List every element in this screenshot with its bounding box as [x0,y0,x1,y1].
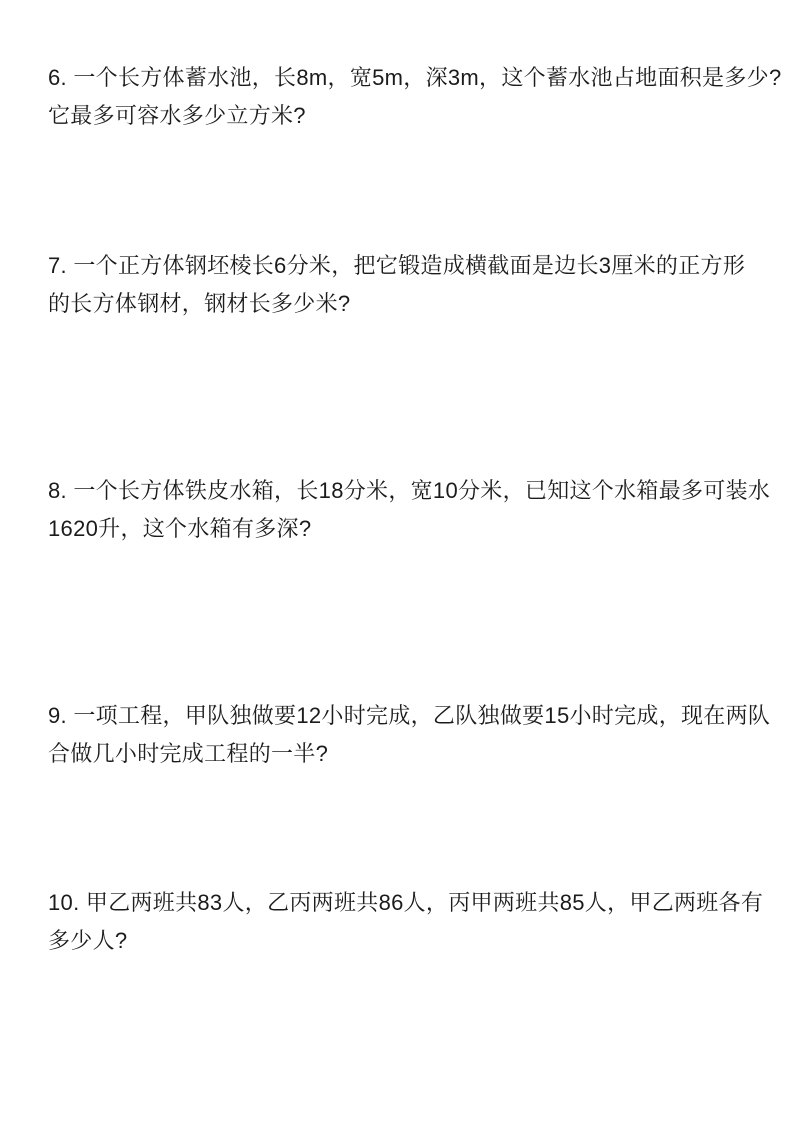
problem-7-line-1: 7. 一个正方体钢坯棱长6分米，把它锻造成横截面是边长3厘米的正方形 [48,247,748,285]
problem-6-line-2: 它最多可容水多少立方米? [48,97,748,135]
worksheet-page: 6. 一个长方体蓄水池，长8m，宽5m，深3m，这个蓄水池占地面积是多少? 它最… [0,0,793,1122]
problem-8-line-2: 1620升，这个水箱有多深? [48,510,748,548]
problem-6: 6. 一个长方体蓄水池，长8m，宽5m，深3m，这个蓄水池占地面积是多少? 它最… [48,59,748,135]
problem-6-line-1: 6. 一个长方体蓄水池，长8m，宽5m，深3m，这个蓄水池占地面积是多少? [48,59,748,97]
problem-10-line-1: 10. 甲乙两班共83人，乙丙两班共86人，丙甲两班共85人，甲乙两班各有 [48,884,748,922]
problem-9-line-1: 9. 一项工程，甲队独做要12小时完成，乙队独做要15小时完成，现在两队 [48,697,748,735]
problem-10: 10. 甲乙两班共83人，乙丙两班共86人，丙甲两班共85人，甲乙两班各有 多少… [48,884,748,960]
problem-8: 8. 一个长方体铁皮水箱，长18分米，宽10分米，已知这个水箱最多可装水 162… [48,472,748,548]
problem-10-line-2: 多少人? [48,922,748,960]
problem-9: 9. 一项工程，甲队独做要12小时完成，乙队独做要15小时完成，现在两队 合做几… [48,697,748,773]
problem-8-line-1: 8. 一个长方体铁皮水箱，长18分米，宽10分米，已知这个水箱最多可装水 [48,472,748,510]
problem-7-line-2: 的长方体钢材，钢材长多少米? [48,285,748,323]
problem-9-line-2: 合做几小时完成工程的一半? [48,735,748,773]
problem-7: 7. 一个正方体钢坯棱长6分米，把它锻造成横截面是边长3厘米的正方形 的长方体钢… [48,247,748,323]
